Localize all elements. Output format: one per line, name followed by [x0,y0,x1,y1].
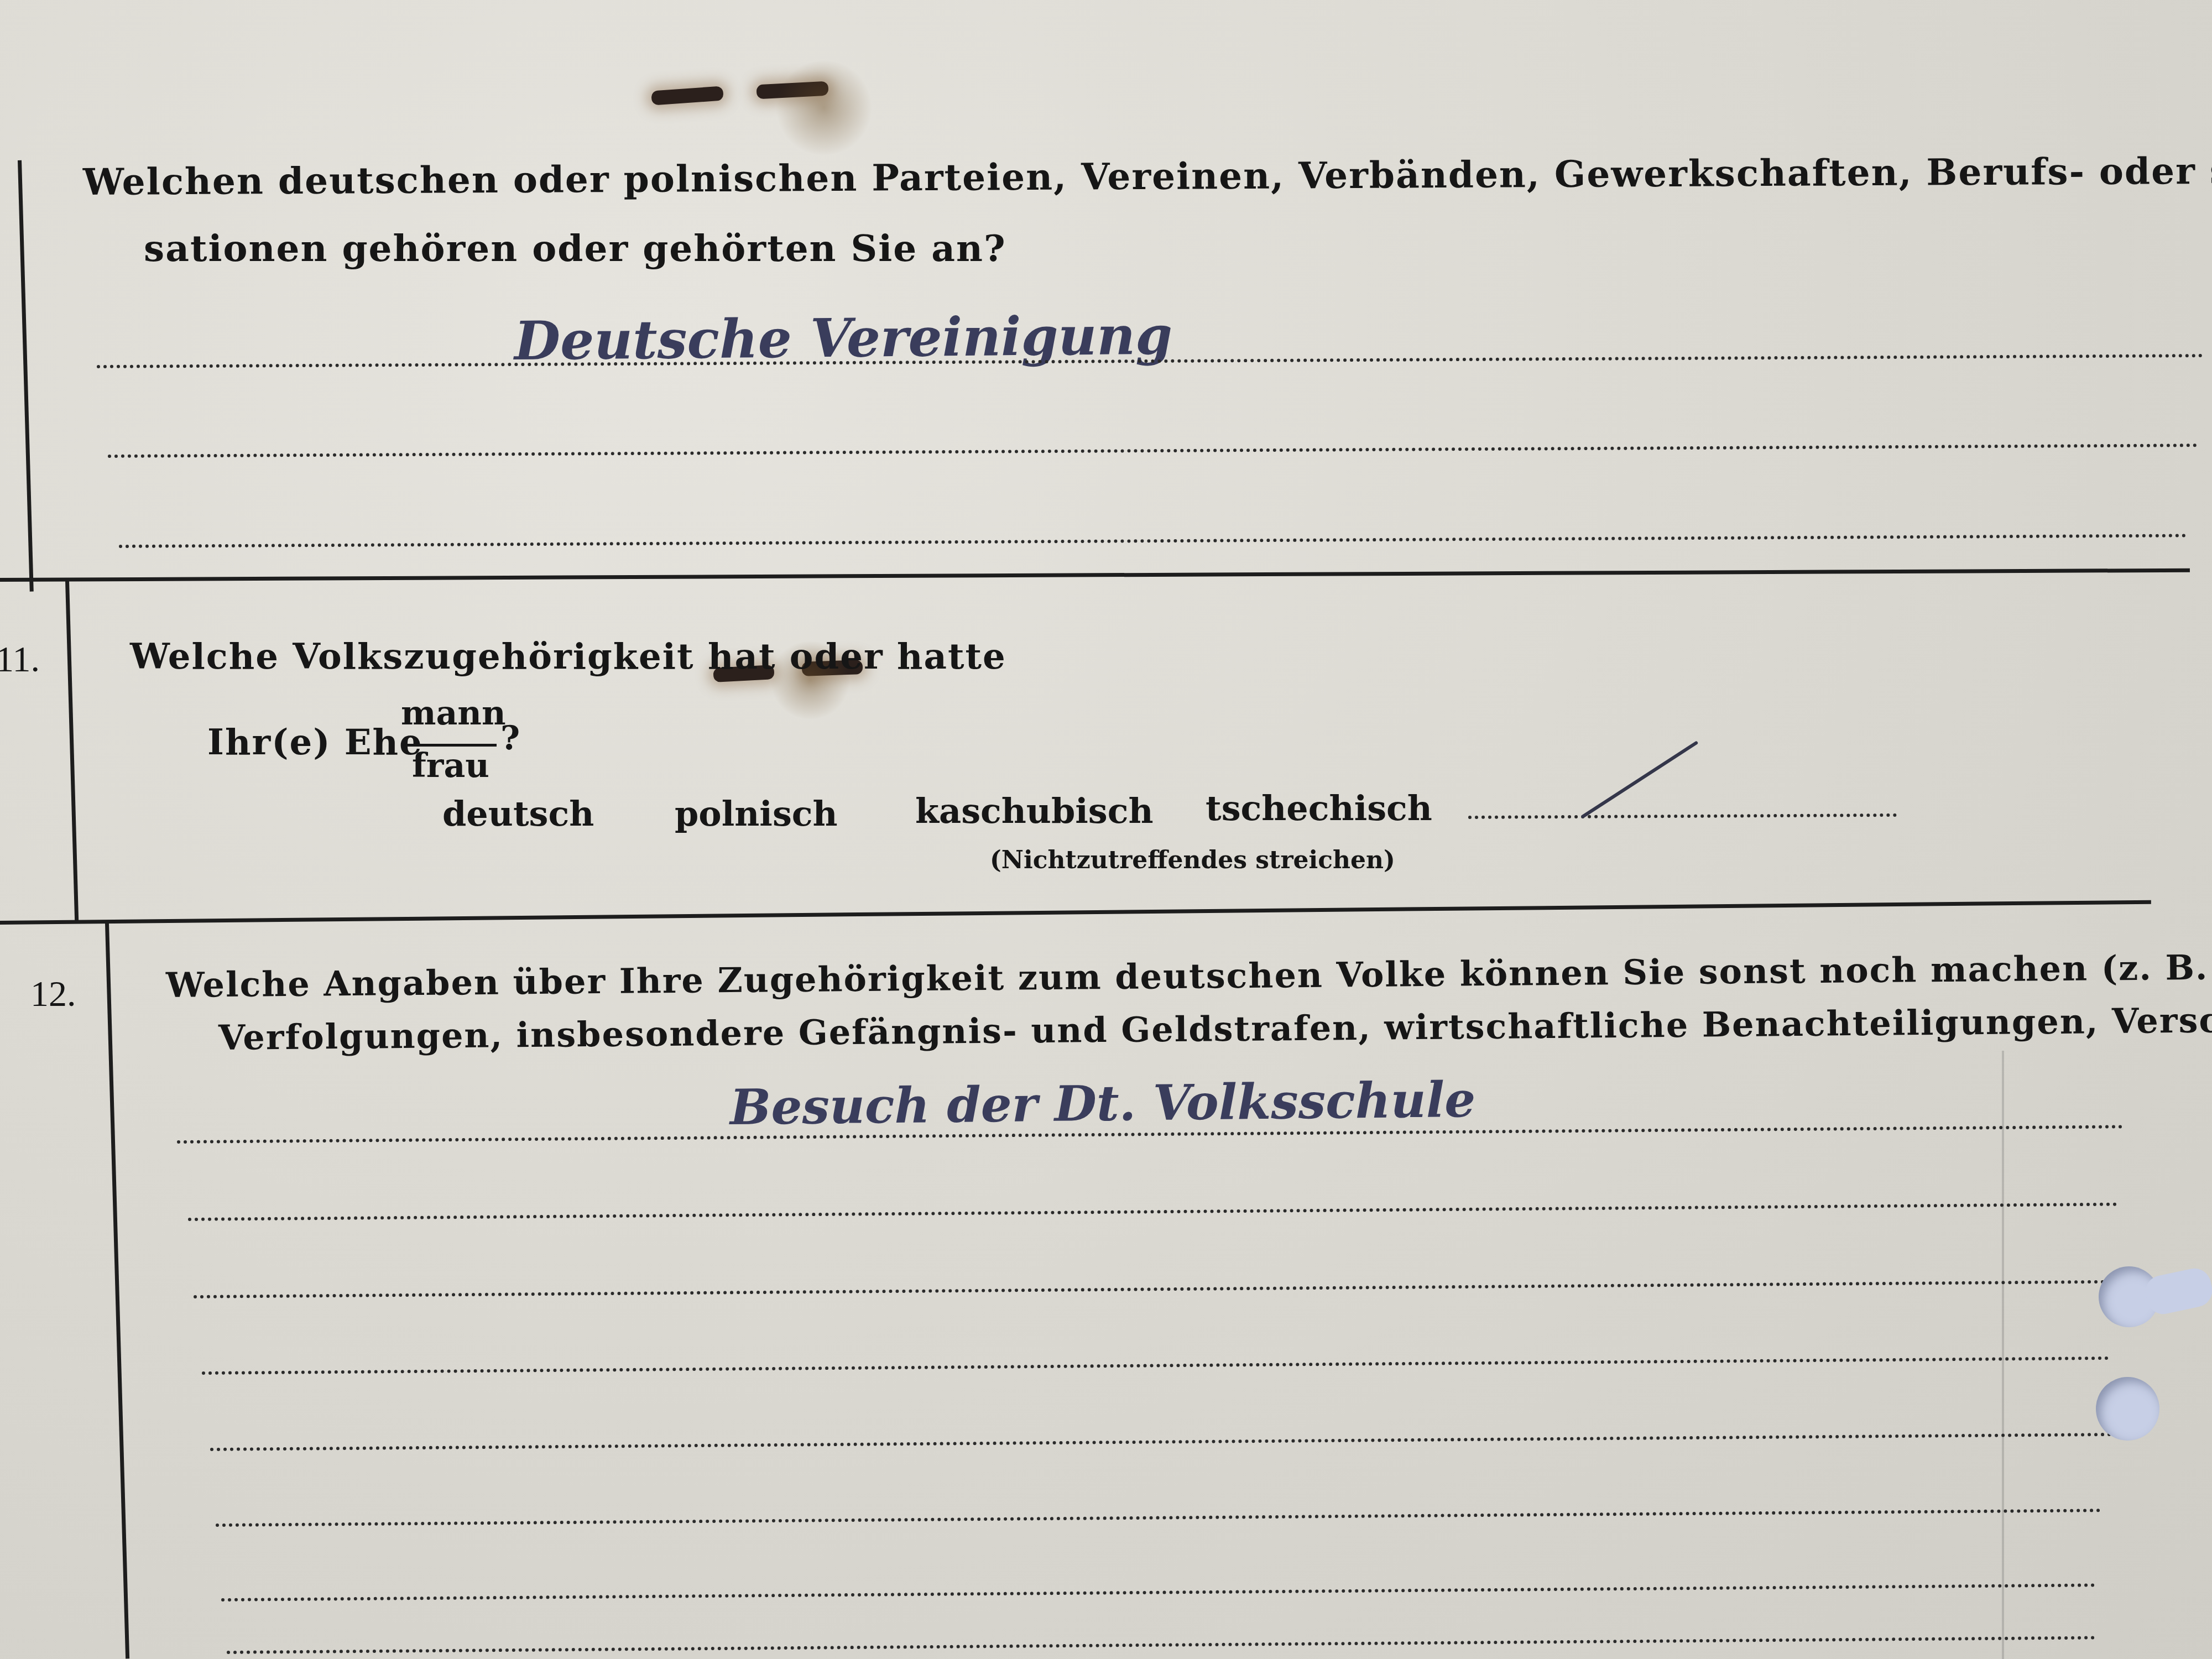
answer-12-handwritten: Besuch der Dt. Volksschule [729,1071,1475,1136]
paper-fold [2002,1051,2004,1659]
punch-hole [2096,1377,2159,1441]
rust-stain [774,61,874,155]
option-deutsch: deutsch [442,794,594,834]
instruction-strike: (Nichtzutreffendes streichen) [990,846,1395,874]
question-11-prefix: Ihr(e) Ehe [207,722,423,763]
question-12-number: 12. [30,973,76,1015]
question-11-suffix: ? [500,719,521,758]
option-tschechisch: tschechisch [1206,788,1432,828]
option-kaschubisch: kaschubisch [915,791,1154,831]
fraction-bottom: frau [401,747,500,785]
option-polnisch: polnisch [675,794,838,834]
question-11-line1: Welche Volkszugehörigkeit hat oder hatte [130,636,1006,677]
fraction-top: mann [401,694,500,733]
question-11-number: 11. [0,639,40,681]
question-10-line2: sationen gehören oder gehörten Sie an? [144,227,1006,270]
